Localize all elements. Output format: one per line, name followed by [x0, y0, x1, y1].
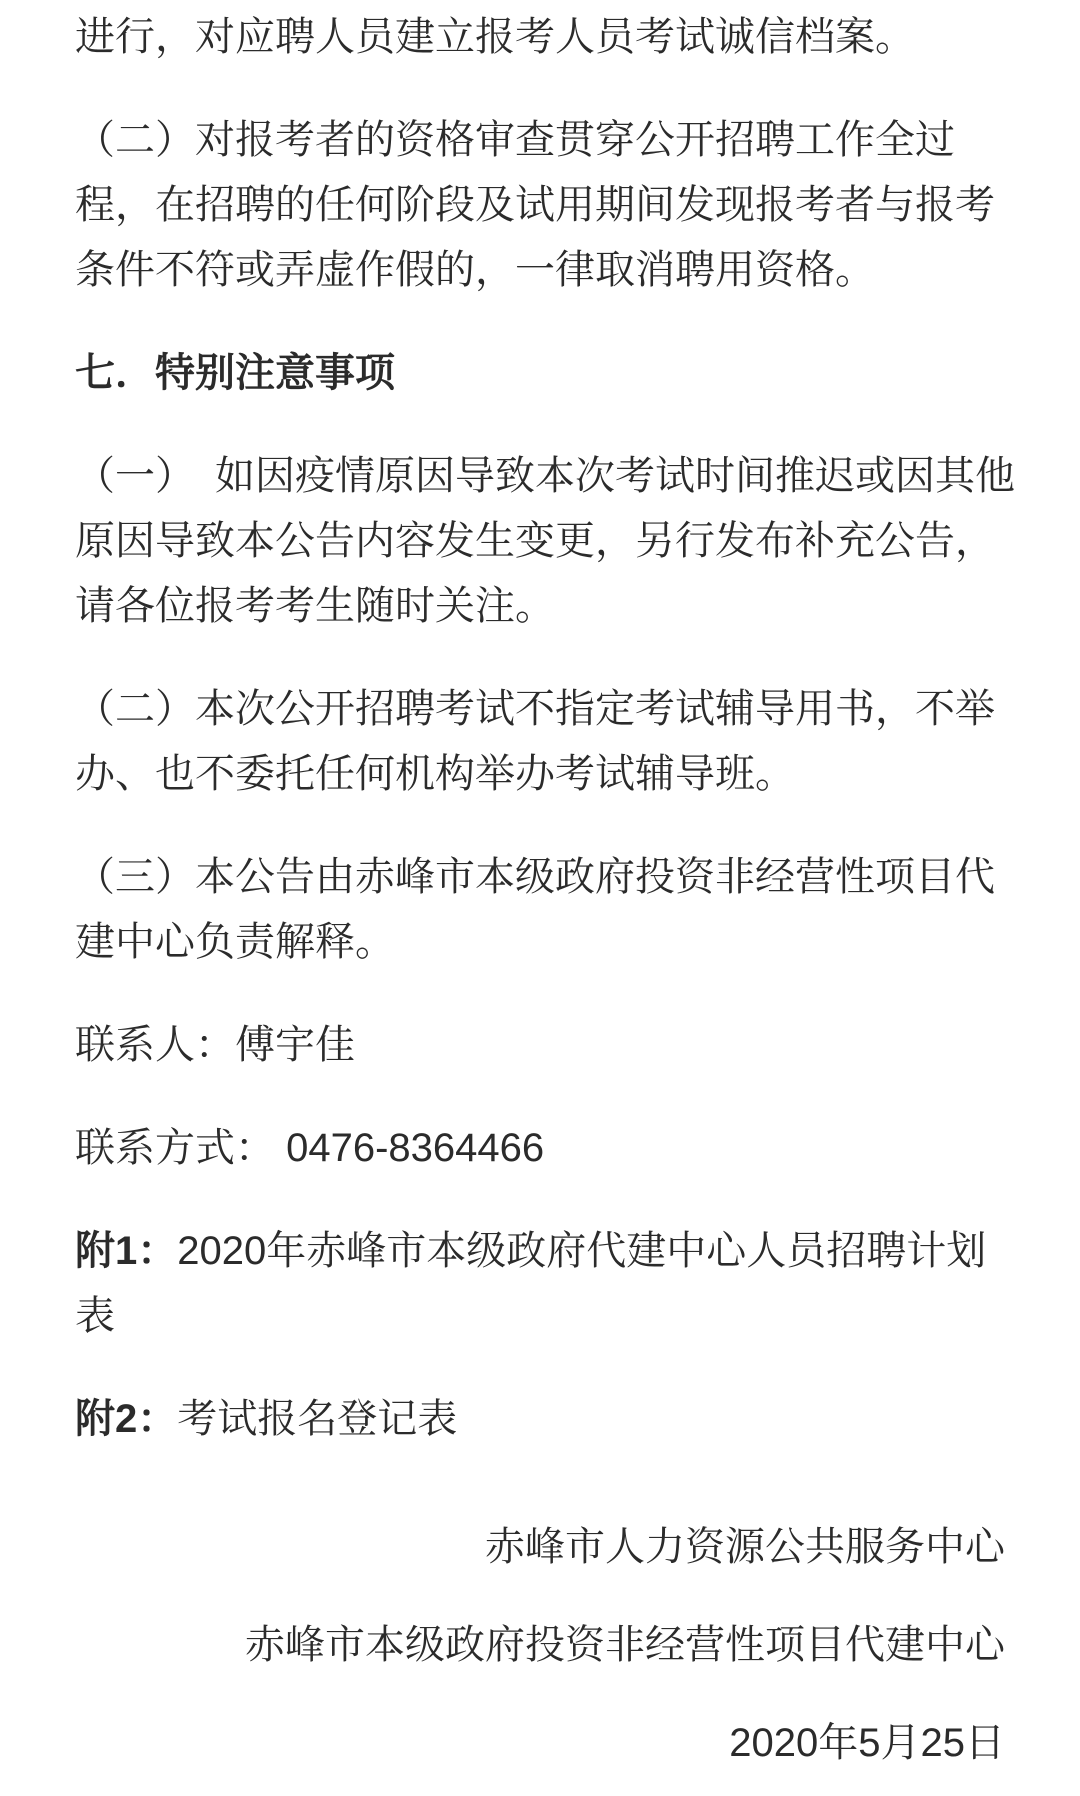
signature-block: 赤峰市人力资源公共服务中心 赤峰市本级政府投资非经营性项目代建中心 2020年5… — [75, 1490, 1005, 1776]
signature-org-1: 赤峰市人力资源公共服务中心 — [75, 1515, 1005, 1580]
signature-date: 2020年5月25日 — [75, 1711, 1005, 1776]
text-line: 联系方式： 0476-8364466 — [75, 1116, 1005, 1181]
contact-phone: 联系方式： 0476-8364466 — [75, 1116, 1005, 1181]
attachment-2: 附2：考试报名登记表 — [75, 1387, 1005, 1452]
text-line: 程，在招聘的任何阶段及试用期间发现报考者与报考 — [75, 173, 1005, 238]
attachment-label: 附1： — [75, 1229, 177, 1273]
text-line: 附1：2020年赤峰市本级政府代建中心人员招聘计划 — [75, 1219, 1005, 1284]
text-line: 进行，对应聘人员建立报考人员考试诚信档案。 — [75, 5, 1005, 70]
para-note-1-epidemic: （一） 如因疫情原因导致本次考试时间推迟或因其他原因导致本公告内容发生变更，另行… — [75, 444, 1005, 639]
text-line: 联系人：傅宇佳 — [75, 1013, 1005, 1078]
text-line: （一） 如因疫情原因导致本次考试时间推迟或因其他 — [75, 444, 1005, 509]
para-continuation-integrity-file: 进行，对应聘人员建立报考人员考试诚信档案。 — [75, 5, 1005, 70]
text-line: 表 — [75, 1284, 1005, 1349]
contact-person: 联系人：傅宇佳 — [75, 1013, 1005, 1078]
attachment-1: 附1：2020年赤峰市本级政府代建中心人员招聘计划表 — [75, 1219, 1005, 1349]
text-line: 办、也不委托任何机构举办考试辅导班。 — [75, 742, 1005, 807]
text-line: 附2：考试报名登记表 — [75, 1387, 1005, 1452]
text-line: 七．特别注意事项 — [75, 341, 1005, 406]
signature-org-2: 赤峰市本级政府投资非经营性项目代建中心 — [75, 1613, 1005, 1678]
text-line: 条件不符或弄虚作假的，一律取消聘用资格。 — [75, 238, 1005, 303]
para-qualification-review: （二）对报考者的资格审查贯穿公开招聘工作全过程，在招聘的任何阶段及试用期间发现报… — [75, 108, 1005, 303]
heading-section-7-special-notes: 七．特别注意事项 — [75, 341, 1005, 406]
text-line: （二）对报考者的资格审查贯穿公开招聘工作全过 — [75, 108, 1005, 173]
announcement-document: 进行，对应聘人员建立报考人员考试诚信档案。（二）对报考者的资格审查贯穿公开招聘工… — [0, 0, 1080, 1776]
text-line: （二）本次公开招聘考试不指定考试辅导用书，不举 — [75, 677, 1005, 742]
text-line: 请各位报考考生随时关注。 — [75, 574, 1005, 639]
text-line: 建中心负责解释。 — [75, 910, 1005, 975]
para-note-3-interpretation: （三）本公告由赤峰市本级政府投资非经营性项目代建中心负责解释。 — [75, 845, 1005, 975]
text-line: 原因导致本公告内容发生变更，另行发布补充公告， — [75, 509, 1005, 574]
attachment-label: 附2： — [75, 1397, 177, 1441]
para-note-2-no-tutoring: （二）本次公开招聘考试不指定考试辅导用书，不举办、也不委托任何机构举办考试辅导班… — [75, 677, 1005, 807]
document-body: 进行，对应聘人员建立报考人员考试诚信档案。（二）对报考者的资格审查贯穿公开招聘工… — [75, 5, 1005, 1452]
text-line: （三）本公告由赤峰市本级政府投资非经营性项目代 — [75, 845, 1005, 910]
